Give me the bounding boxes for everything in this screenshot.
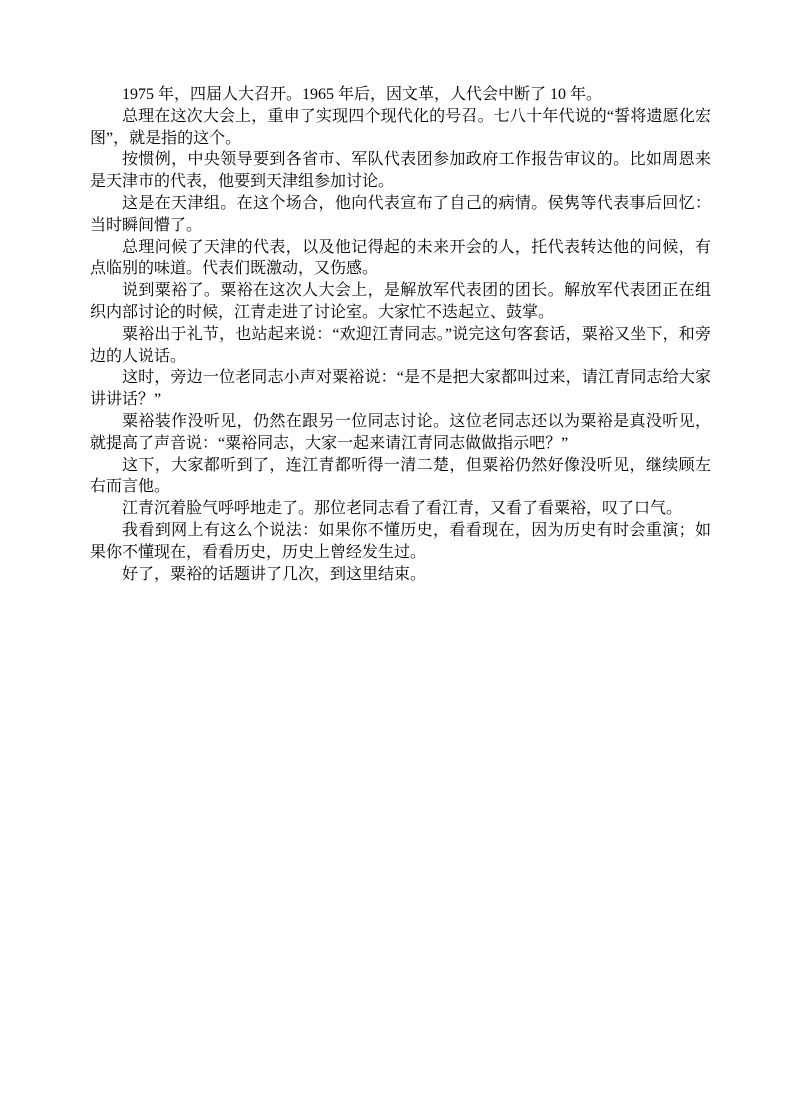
paragraph: 总理在这次大会上，重申了实现四个现代化的号召。七八十年代说的“誓将遗愿化宏图”，… bbox=[90, 106, 711, 150]
paragraph: 我看到网上有这么个说法：如果你不懂历史，看看现在，因为历史有时会重演；如果你不懂… bbox=[90, 520, 711, 564]
document-page: 1975 年，四届人大召开。1965 年后，因文革，人代会中断了 10 年。 总… bbox=[0, 0, 800, 1100]
document-body: 1975 年，四届人大召开。1965 年后，因文革，人代会中断了 10 年。 总… bbox=[90, 84, 711, 585]
paragraph: 好了，粟裕的话题讲了几次，到这里结束。 bbox=[90, 564, 711, 586]
paragraph: 这下，大家都听到了，连江青都听得一清二楚，但粟裕仍然好像没听见，继续顾左右而言他… bbox=[90, 455, 711, 499]
paragraph: 说到粟裕了。粟裕在这次人大会上，是解放军代表团的团长。解放军代表团正在组织内部讨… bbox=[90, 280, 711, 324]
paragraph: 总理问候了天津的代表，以及他记得起的未来开会的人，托代表转达他的问候，有点临别的… bbox=[90, 237, 711, 281]
paragraph: 这时，旁边一位老同志小声对粟裕说：“是不是把大家都叫过来，请江青同志给大家讲讲话… bbox=[90, 367, 711, 411]
paragraph: 粟裕出于礼节，也站起来说：“欢迎江青同志。”说完这句客套话，粟裕又坐下，和旁边的… bbox=[90, 324, 711, 368]
paragraph: 1975 年，四届人大召开。1965 年后，因文革，人代会中断了 10 年。 bbox=[90, 84, 711, 106]
paragraph: 江青沉着脸气呼呼地走了。那位老同志看了看江青，又看了看粟裕，叹了口气。 bbox=[90, 498, 711, 520]
paragraph: 按惯例，中央领导要到各省市、军队代表团参加政府工作报告审议的。比如周恩来是天津市… bbox=[90, 149, 711, 193]
paragraph: 粟裕装作没听见，仍然在跟另一位同志讨论。这位老同志还以为粟裕是真没听见，就提高了… bbox=[90, 411, 711, 455]
paragraph: 这是在天津组。在这个场合，他向代表宣布了自己的病情。侯隽等代表事后回忆：当时瞬间… bbox=[90, 193, 711, 237]
